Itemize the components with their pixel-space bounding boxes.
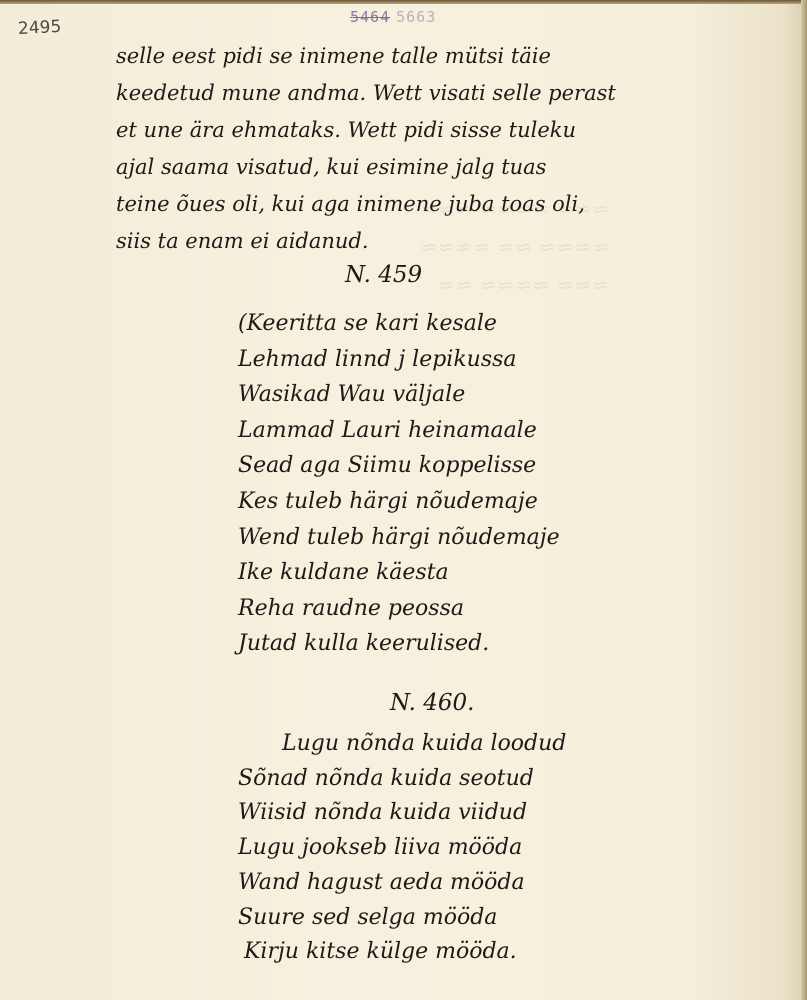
song-460-heading: N. 460. (390, 690, 475, 716)
verse-line: Lugu jookseb liiva mööda (238, 831, 566, 866)
page-top-edge (0, 0, 807, 4)
archive-number: 2495 (18, 17, 62, 39)
verse-line: Kes tuleb härgi nõudemaje (238, 484, 560, 520)
verse-line: Lammad Lauri heinamaale (238, 413, 560, 449)
song-460-verse: Lugu nõnda kuida loodud Sõnad nõnda kuid… (238, 727, 566, 970)
prose-line: ajal saama visatud, kui esimine jalg tua… (116, 149, 796, 186)
prose-line: siis ta enam ei aidanud. (116, 223, 796, 260)
verse-line: Sõnad nõnda kuida seotud (238, 762, 566, 797)
archive-stamp: 54645663 (350, 8, 436, 26)
prose-paragraph: selle eest pidi se inimene talle mütsi t… (116, 38, 796, 260)
verse-line: Suure sed selga mööda (238, 901, 566, 936)
manuscript-page: ≈≈≈ ≈≈≈≈ ≈≈≈≈≈≈≈ ≈≈ ≈≈≈≈≈≈≈ ≈≈≈≈ ≈≈ 2495… (0, 0, 807, 1000)
page-right-edge (801, 0, 807, 1000)
verse-line: Wiisid nõnda kuida viidud (238, 796, 566, 831)
song-459-heading: N. 459 (345, 262, 422, 288)
verse-line: Lehmad linnd j lepikussa (238, 342, 560, 378)
verse-line: Kirju kitse külge mööda. (238, 935, 566, 970)
prose-line: keedetud mune andma. Wett visati selle p… (116, 75, 796, 112)
prose-line: selle eest pidi se inimene talle mütsi t… (116, 38, 796, 75)
song-459-verse: (Keeritta se kari kesale Lehmad linnd j … (238, 306, 560, 662)
stamp-faint-number: 5663 (396, 8, 436, 26)
verse-line: Jutad kulla keerulised. (238, 626, 560, 662)
verse-line: Ike kuldane käesta (238, 555, 560, 591)
verse-line: (Keeritta se kari kesale (238, 306, 560, 342)
verse-line: Sead aga Siimu koppelisse (238, 448, 560, 484)
prose-line: teine õues oli, kui aga inimene jubа toa… (116, 186, 796, 223)
verse-line: Lugu nõnda kuida loodud (238, 727, 566, 762)
verse-line: Wand hagust aeda mööda (238, 866, 566, 901)
stamp-struck-number: 5464 (350, 8, 390, 26)
prose-line: et une ära ehmataks. Wett pidi sisse tul… (116, 112, 796, 149)
verse-line: Reha raudne peossa (238, 591, 560, 627)
verse-line: Wend tuleb härgi nõudemaje (238, 520, 560, 556)
verse-line: Wasikad Wau väljale (238, 377, 560, 413)
